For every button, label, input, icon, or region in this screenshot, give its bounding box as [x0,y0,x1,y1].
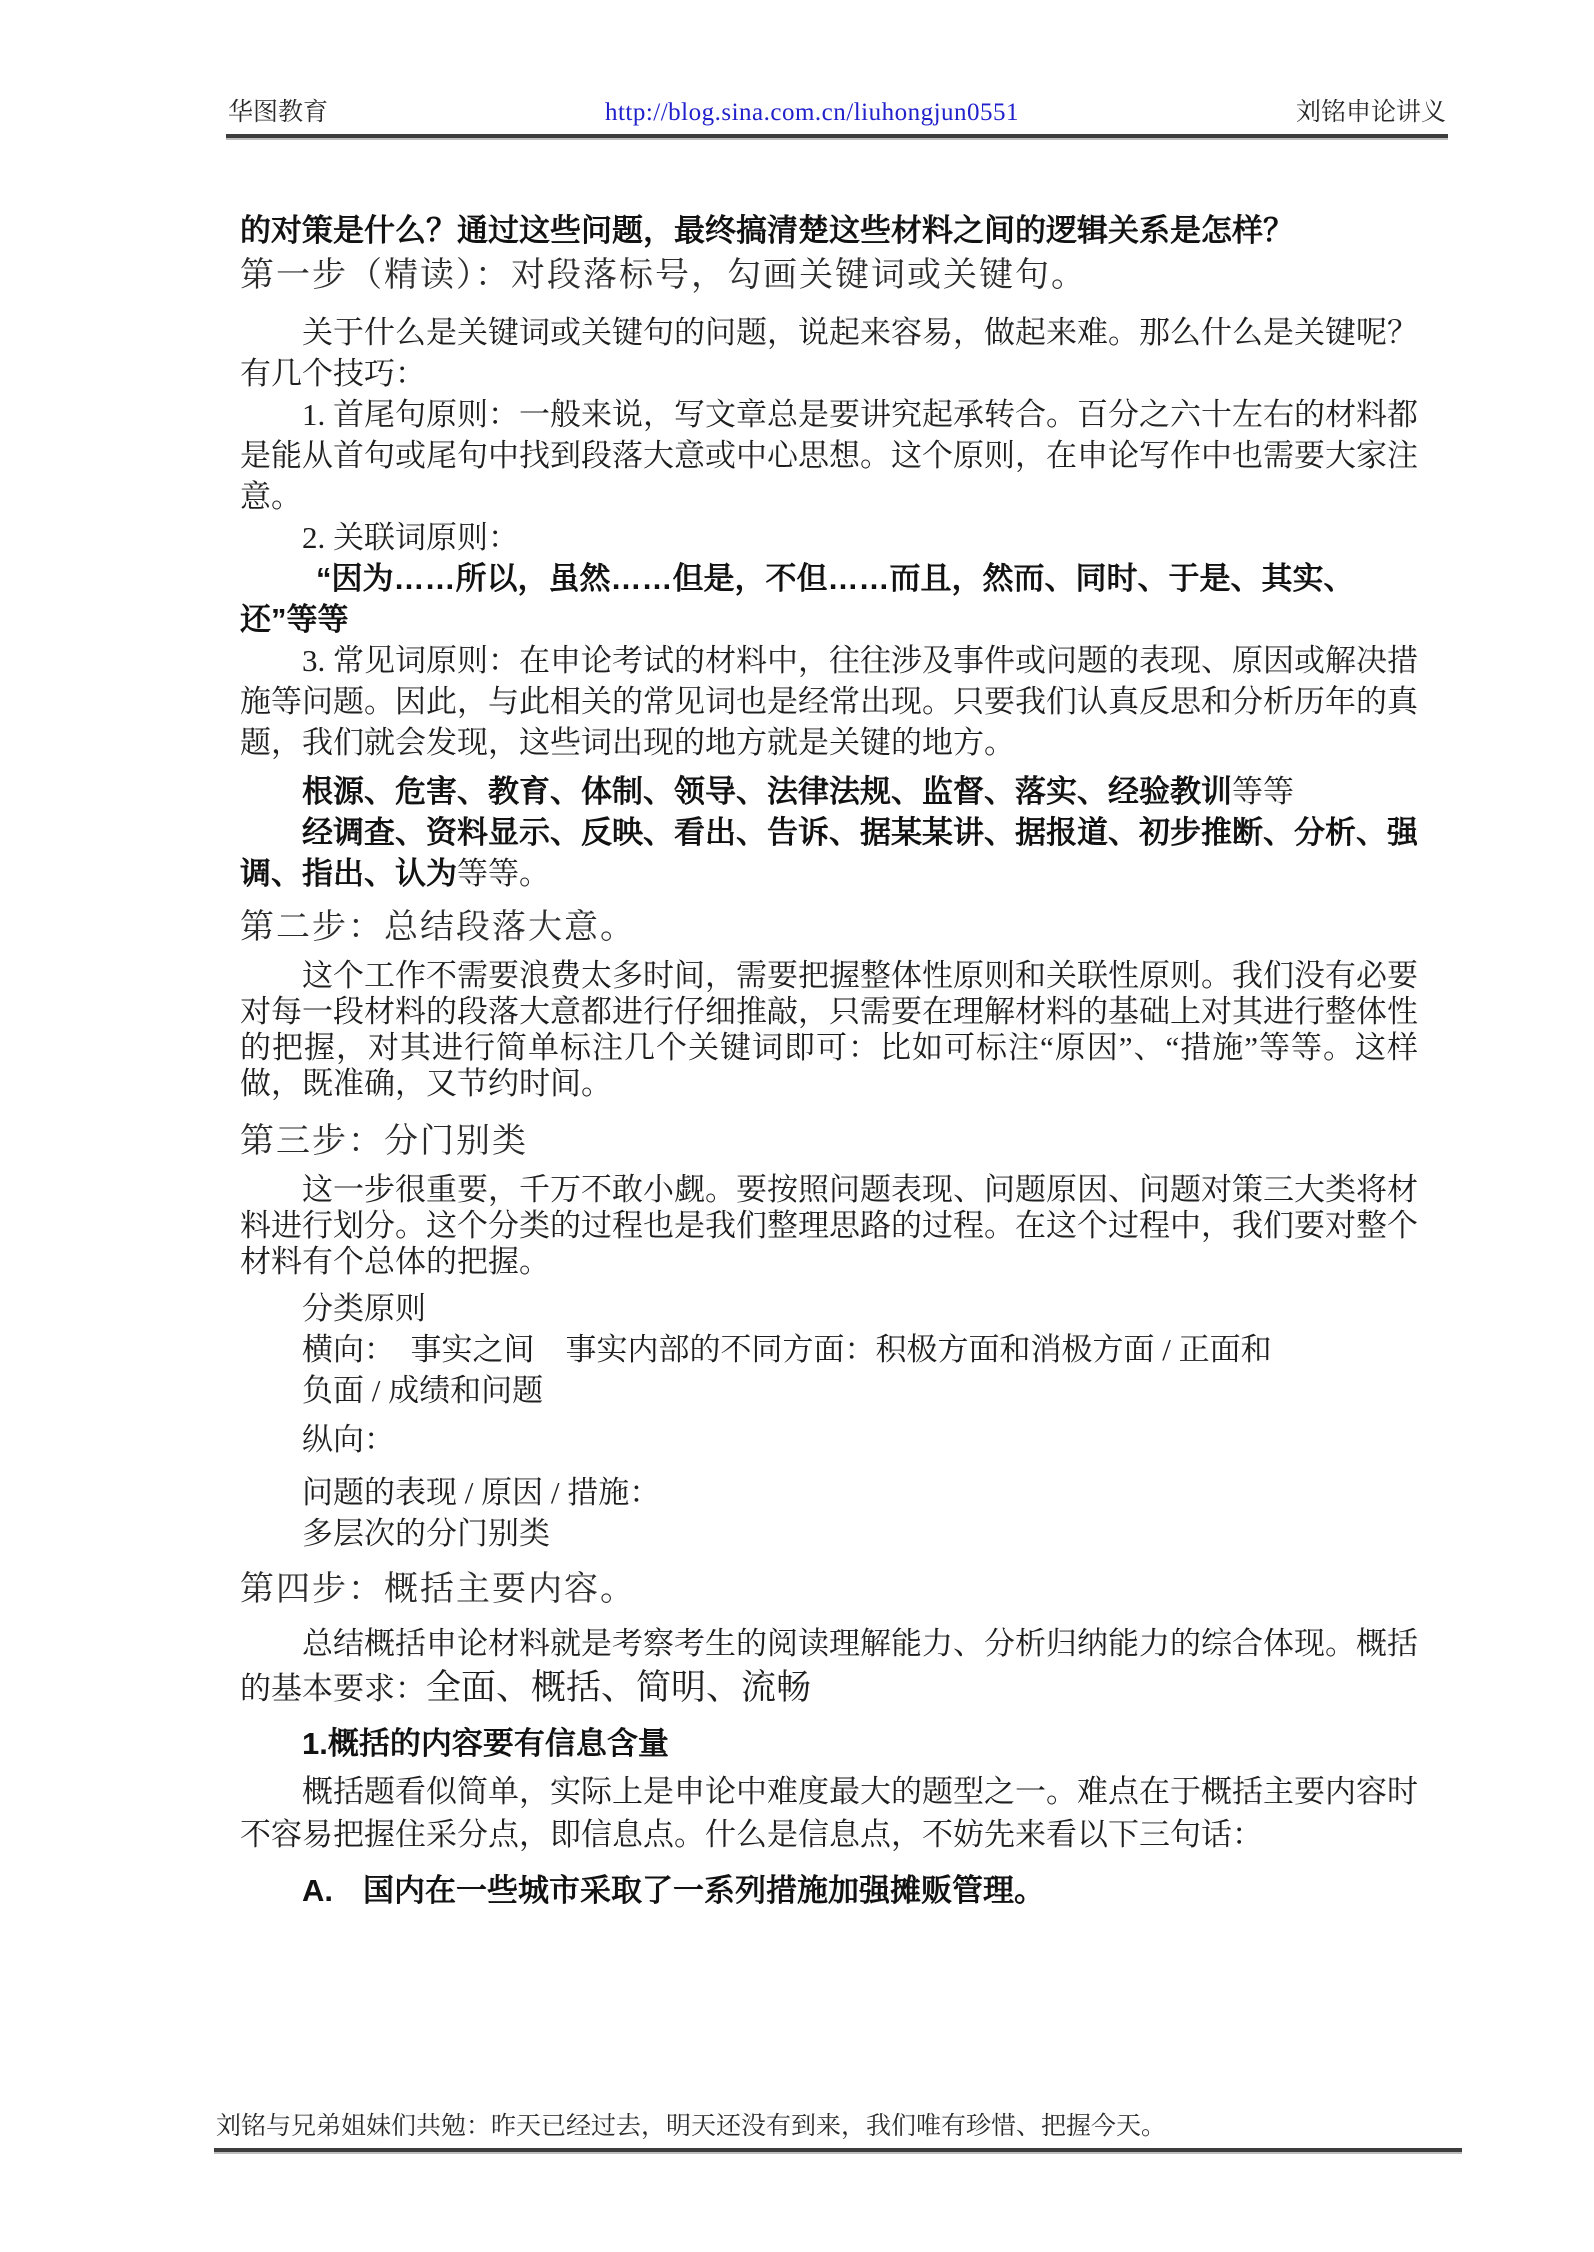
line-expression: 问题的表现 / 原因 / 措施： [240,1472,1418,1513]
para-point1: 概括题看似简单，实际上是申论中难度最大的题型之一。难点在于概括主要内容时不容易把… [240,1770,1418,1856]
para-step4-requirements: 全面、概括、简明、流畅 [426,1668,811,1707]
para-intro: 关于什么是关键词或关键句的问题，说起来容易，做起来难。那么什么是关键呢？有几个技… [240,312,1418,394]
keywords-nouns-bold: 根源、危害、教育、体制、领导、法律法规、监督、落实、经验教训 [302,774,1232,809]
heading-point1-text: 1.概括的内容要有信息含量 [302,1726,669,1761]
para-step3: 这一步很重要，千万不敢小觑。要按照问题表现、问题原因、问题对策三大类将材料进行划… [240,1172,1418,1280]
para-conjunction-examples: “因为……所以，虽然……但是，不但……而且，然而、同时、于是、其实、还”等等 [240,558,1418,640]
header-blog-link[interactable]: http://blog.sina.com.cn/liuhongjun0551 [605,98,1019,128]
footer-rule [214,2148,1462,2152]
example-a-label: A. [302,1873,333,1908]
para-keywords-nouns: 根源、危害、教育、体制、领导、法律法规、监督、落实、经验教训等等 [240,771,1418,812]
line-multilevel: 多层次的分门别类 [240,1513,1418,1554]
list-item-principle3: 3. 常见词原则：在申论考试的材料中，往往涉及事件或问题的表现、原因或解决措施等… [240,640,1418,763]
document-body: 的对策是什么？通过这些问题，最终搞清楚这些材料之间的逻辑关系是怎样？ 第一步（精… [240,210,1418,1911]
keywords-nouns-tail: 等等 [1232,774,1294,809]
list-item-principle1: 1. 首尾句原则：一般来说，写文章总是要讲究起承转合。百分之六十左右的材料都是能… [240,394,1418,517]
header-brand: 华图教育 [228,98,328,128]
keywords-verbs-tail: 等等。 [457,856,550,891]
line-vertical-label: 纵向： [240,1419,1418,1460]
footer-motto: 刘铭与兄弟姐妹们共勉：昨天已经过去，明天还没有到来，我们唯有珍惜、把握今天。 [216,2113,1166,2140]
para-keywords-verbs: 经调查、资料显示、反映、看出、告诉、据某某讲、据报道、初步推断、分析、强调、指出… [240,812,1418,894]
para-step4: 总结概括申论材料就是考察考生的阅读理解能力、分析归纳能力的综合体现。概括的基本要… [240,1622,1418,1711]
example-a-text: 国内在一些城市采取了一系列措施加强摊贩管理。 [363,1873,1045,1908]
heading-step2: 第二步：总结段落大意。 [240,904,1418,952]
para-step2: 这个工作不需要浪费太多时间，需要把握整体性原则和关联性原则。我们没有必要对每一段… [240,958,1418,1102]
heading-point1: 1.概括的内容要有信息含量 [240,1723,1418,1764]
line-horizontal-2: 负面 / 成绩和问题 [240,1370,1418,1411]
page-header: 华图教育 http://blog.sina.com.cn/liuhongjun0… [228,98,1446,128]
para-step4-normal: 总结概括申论材料就是考察考生的阅读理解能力、分析归纳能力的综合体现。概括的基本要… [240,1626,1418,1706]
heading-step1: 第一步（精读）：对段落标号，勾画关键词或关键句。 [240,252,1418,300]
heading-step3: 第三步：分门别类 [240,1118,1418,1166]
para-carryover: 的对策是什么？通过这些问题，最终搞清楚这些材料之间的逻辑关系是怎样？ [240,210,1418,252]
line-horizontal-1: 横向： 事实之间 事实内部的不同方面：积极方面和消极方面 / 正面和 [240,1329,1418,1370]
header-doc-title: 刘铭申论讲义 [1296,98,1446,128]
header-rule [226,134,1448,138]
list-item-principle2: 2. 关联词原则： [240,517,1418,558]
keywords-verbs-bold: 经调查、资料显示、反映、看出、告诉、据某某讲、据报道、初步推断、分析、强调、指出… [240,815,1418,891]
line-classification-principle: 分类原则 [240,1288,1418,1329]
page-footer: 刘铭与兄弟姐妹们共勉：昨天已经过去，明天还没有到来，我们唯有珍惜、把握今天。 [216,2110,1448,2144]
line-example-a: A.国内在一些城市采取了一系列措施加强摊贩管理。 [240,1870,1418,1911]
document-page: 华图教育 http://blog.sina.com.cn/liuhongjun0… [0,0,1594,2252]
heading-step4: 第四步：概括主要内容。 [240,1566,1418,1614]
